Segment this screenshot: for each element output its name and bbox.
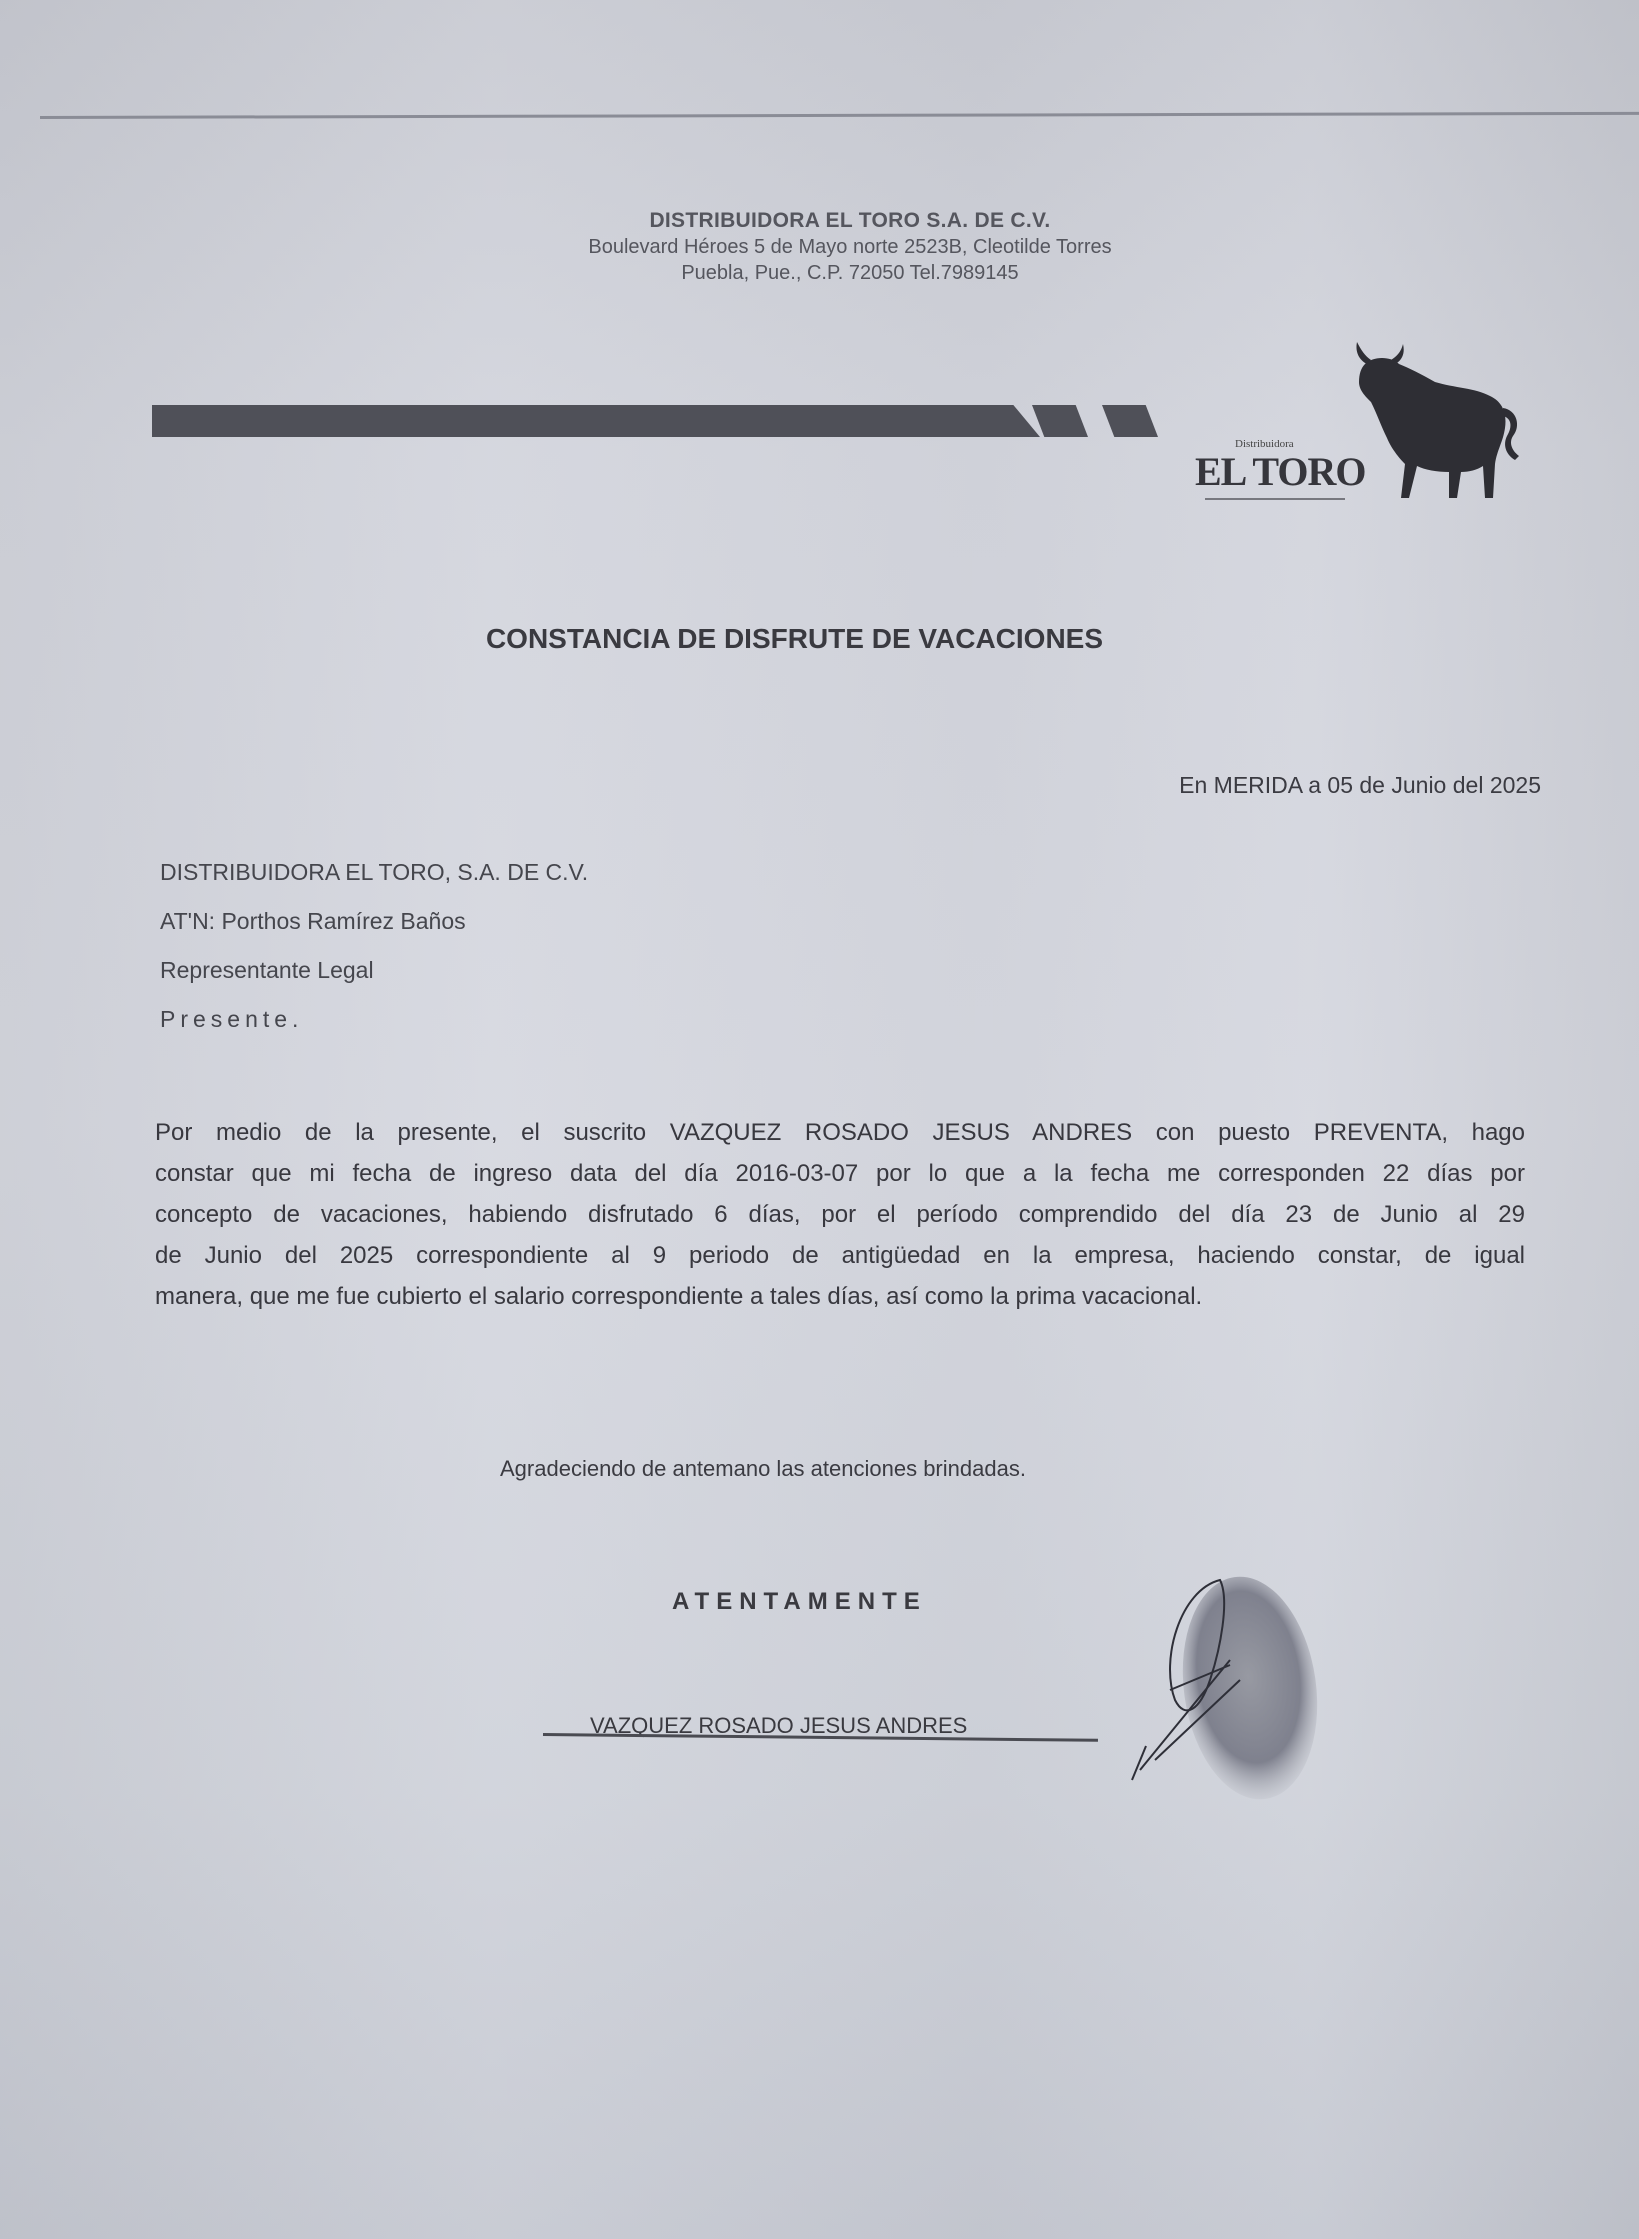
body-line: Por medio de la presente, el suscrito VA… — [155, 1112, 1525, 1153]
body-line: constar que mi fecha de ingreso data del… — [155, 1153, 1525, 1194]
document-title: CONSTANCIA DE DISFRUTE DE VACACIONES — [0, 623, 1614, 655]
addressee-attention: AT'N: Porthos Ramírez Baños — [160, 897, 588, 946]
closing-thanks: Agradeciendo de antemano las atenciones … — [500, 1456, 1026, 1482]
top-rule-divider — [40, 112, 1639, 119]
letterhead-stripe — [152, 405, 1182, 439]
letterhead-company: DISTRIBUIDORA EL TORO S.A. DE C.V. — [440, 208, 1260, 234]
fingerprint — [1169, 1570, 1331, 1808]
body-paragraph: Por medio de la presente, el suscrito VA… — [155, 1112, 1525, 1317]
letterhead-address-1: Boulevard Héroes 5 de Mayo norte 2523B, … — [440, 234, 1260, 260]
bull-icon — [1325, 330, 1525, 530]
addressee-role: Representante Legal — [160, 946, 588, 995]
body-line: concepto de vacaciones, habiendo disfrut… — [155, 1194, 1525, 1235]
addressee-company: DISTRIBUIDORA EL TORO, S.A. DE C.V. — [160, 848, 588, 897]
stripe-main-bar — [152, 405, 1040, 437]
signature-fingerprint-icon — [1080, 1570, 1340, 1830]
place-date: En MERIDA a 05 de Junio del 2025 — [1179, 772, 1541, 799]
stripe-segment — [1102, 405, 1158, 437]
closing-salutation: ATENTAMENTE — [672, 1588, 927, 1616]
body-line: manera, que me fue cubierto el salario c… — [155, 1276, 1525, 1317]
company-logo: Distribuidora EL TORO — [1195, 330, 1525, 530]
letterhead-address-2: Puebla, Pue., C.P. 72050 Tel.7989145 — [440, 260, 1260, 286]
body-line: de Junio del 2025 correspondiente al 9 p… — [155, 1235, 1525, 1276]
addressee-block: DISTRIBUIDORA EL TORO, S.A. DE C.V. AT'N… — [160, 848, 588, 1044]
stripe-segment — [1032, 405, 1088, 437]
letterhead: DISTRIBUIDORA EL TORO S.A. DE C.V. Boule… — [440, 208, 1260, 286]
logo-underline — [1205, 498, 1345, 500]
addressee-greeting: Presente. — [160, 995, 588, 1044]
